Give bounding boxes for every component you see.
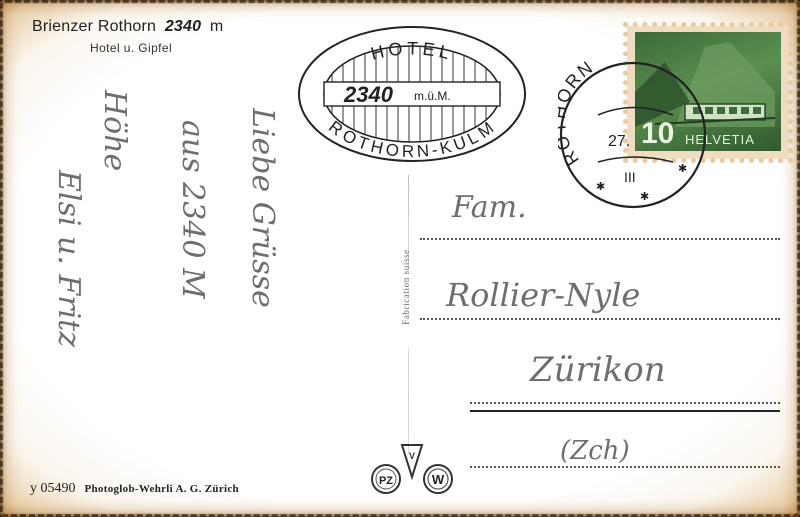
postmark-star-icon: ✱	[678, 163, 687, 175]
title-text: Brienzer Rothorn	[32, 18, 156, 35]
svg-text:HOTEL: HOTEL	[369, 38, 456, 64]
message-line: Liebe Grüsse	[245, 108, 280, 308]
address-recipient: Fam.	[452, 190, 527, 225]
svg-text:ROTHORN: ROTHORN	[558, 60, 598, 169]
stamp-bottom-text: ROTHORN-KULM	[325, 117, 499, 161]
stamp-top-text: HOTEL	[369, 38, 456, 64]
postcard-back: Brienzer Rothorn 2340 m Hotel u. Gipfel …	[0, 0, 800, 517]
postmark-star-icon: ✱	[596, 181, 605, 193]
title-unit: m	[210, 18, 224, 35]
title-altitude: 2340	[165, 18, 201, 36]
address-region: (Zch)	[560, 436, 630, 466]
message-line: Elsi u. Fritz	[51, 170, 86, 347]
svg-text:V: V	[409, 451, 415, 461]
pz-logo-icon: PZ	[372, 465, 400, 493]
address-line-2	[420, 318, 780, 320]
hotel-rubber-stamp: 2340 m.ü.M. HOTEL ROTHORN-KULM	[296, 24, 528, 164]
w-logo-icon: W	[424, 465, 452, 493]
message-line: aus 2340 M	[175, 120, 210, 299]
address-name: Rollier-Nyle	[446, 276, 640, 314]
fabrication-label: Fabrication suisse	[401, 227, 411, 347]
postmark-star-icon: ✱	[640, 191, 649, 203]
address-line-1	[420, 238, 780, 240]
postmark-cancellation: ROTHORN 27. III ✱ ✱ ✱	[558, 60, 708, 210]
postmark-place: ROTHORN	[558, 60, 598, 169]
stamp-altitude: 2340	[343, 82, 394, 107]
postmark-code: III	[624, 169, 636, 185]
address-line-4	[470, 466, 780, 468]
publisher-logos: PZ V W	[370, 443, 470, 503]
v-triangle-logo-icon: V	[402, 445, 422, 477]
address-underline	[470, 410, 780, 412]
address-line-3	[470, 402, 780, 404]
publisher-name: Photoglob-Wehrli A. G. Zürich	[85, 483, 239, 495]
svg-text:W: W	[432, 472, 445, 487]
stamp-altitude-unit: m.ü.M.	[414, 89, 451, 103]
svg-text:PZ: PZ	[379, 475, 393, 487]
message-line: Höhe	[97, 90, 132, 171]
svg-text:ROTHORN-KULM: ROTHORN-KULM	[325, 117, 499, 161]
publisher-imprint: y 05490 Photoglob-Wehrli A. G. Zürich	[30, 481, 239, 497]
card-title: Brienzer Rothorn 2340 m	[32, 18, 223, 36]
postmark-date: 27.	[608, 133, 630, 150]
address-city: Zürikon	[530, 350, 666, 390]
handwritten-message: Liebe Grüsse aus 2340 M Höhe Elsi u. Fri…	[20, 90, 320, 450]
card-subtitle: Hotel u. Gipfel	[90, 41, 172, 55]
publisher-code: y 05490	[30, 481, 76, 496]
